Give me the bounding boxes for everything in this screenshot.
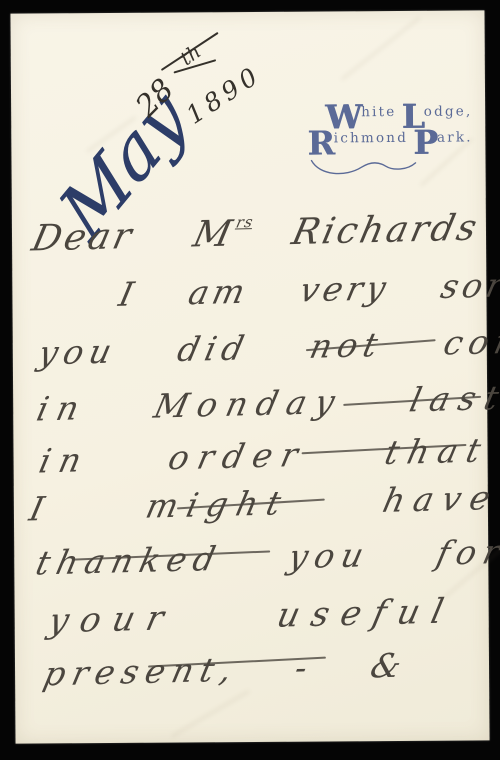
letterhead-text: hite <box>361 104 396 120</box>
ink-showthrough-mark <box>341 16 421 80</box>
salutation-prefix: Dear M <box>28 213 238 259</box>
handwritten-line-8: present, - & <box>40 647 411 692</box>
ink-showthrough-mark <box>171 690 250 738</box>
handwritten-line-4: in order that <box>36 432 493 479</box>
salutation-line: Dear MrsRichards <box>28 208 483 259</box>
handwritten-line-3: in Monday last <box>33 380 500 428</box>
handwritten-line-7: your useful <box>45 593 459 641</box>
salutation-name: Richards <box>288 207 483 253</box>
date-handwritten: May 28 th 1890 <box>10 10 484 13</box>
letter-photograph: May 28 th 1890 White Lodge, Richmond Par… <box>0 0 500 760</box>
handwritten-line-2: you did not come <box>35 323 500 372</box>
letterhead-text: ark. <box>437 129 473 145</box>
handwritten-line-1: I am very sorry <box>116 266 500 313</box>
letterhead: White Lodge, Richmond Park. <box>307 94 483 160</box>
salutation-superscript: rs <box>234 213 255 232</box>
date-year: 1890 <box>181 60 267 130</box>
letterhead-line2: Richmond Park. <box>307 120 483 160</box>
letterhead-text: ichmond <box>334 130 408 147</box>
letterhead-flourish-icon <box>309 157 429 178</box>
letterhead-text: odge, <box>424 103 473 119</box>
letter-paper: May 28 th 1890 White Lodge, Richmond Par… <box>10 10 489 743</box>
